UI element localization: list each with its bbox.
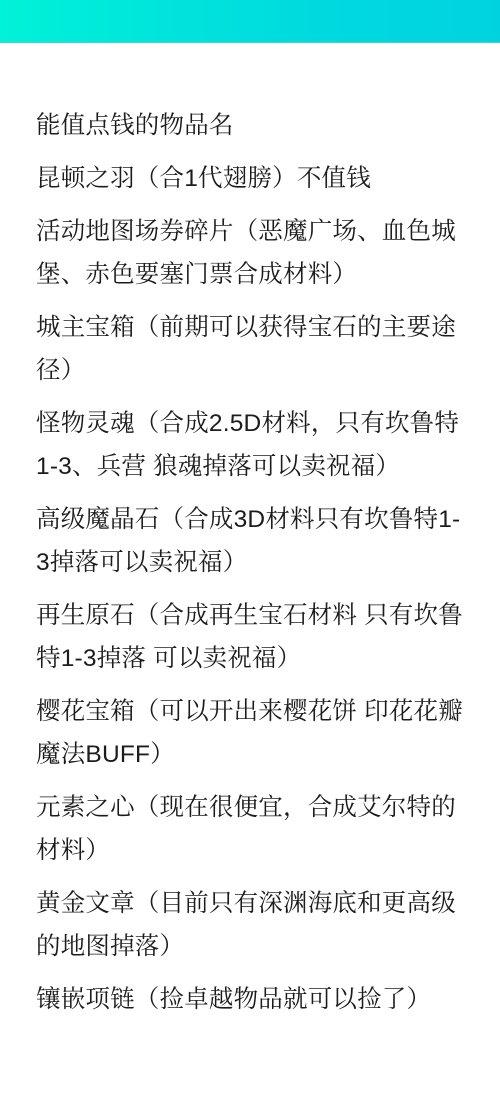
list-item: 高级魔晶石（合成3D材料只有坎鲁特1-3掉落可以卖祝福） [36, 498, 464, 584]
top-header-bar [0, 0, 500, 43]
document-heading: 能值点钱的物品名 [36, 104, 464, 147]
list-item: 昆顿之羽（合1代翅膀）不值钱 [36, 157, 464, 200]
list-item: 镶嵌项链（捡卓越物品就可以捡了） [36, 978, 464, 1021]
list-item: 黄金文章（目前只有深渊海底和更高级的地图掉落） [36, 882, 464, 968]
list-item: 樱花宝箱（可以开出来樱花饼 印花花瓣 魔法BUFF） [36, 690, 464, 776]
list-item: 元素之心（现在很便宜，合成艾尔特的材料） [36, 786, 464, 872]
list-item: 再生原石（合成再生宝石材料 只有坎鲁特1-3掉落 可以卖祝福） [36, 594, 464, 680]
document-body: 能值点钱的物品名 昆顿之羽（合1代翅膀）不值钱 活动地图场券碎片（恶魔广场、血色… [36, 104, 464, 1031]
list-item: 活动地图场券碎片（恶魔广场、血色城堡、赤色要塞门票合成材料） [36, 210, 464, 296]
list-item: 怪物灵魂（合成2.5D材料，只有坎鲁特1-3、兵营 狼魂掉落可以卖祝福） [36, 402, 464, 488]
list-item: 城主宝箱（前期可以获得宝石的主要途径） [36, 306, 464, 392]
